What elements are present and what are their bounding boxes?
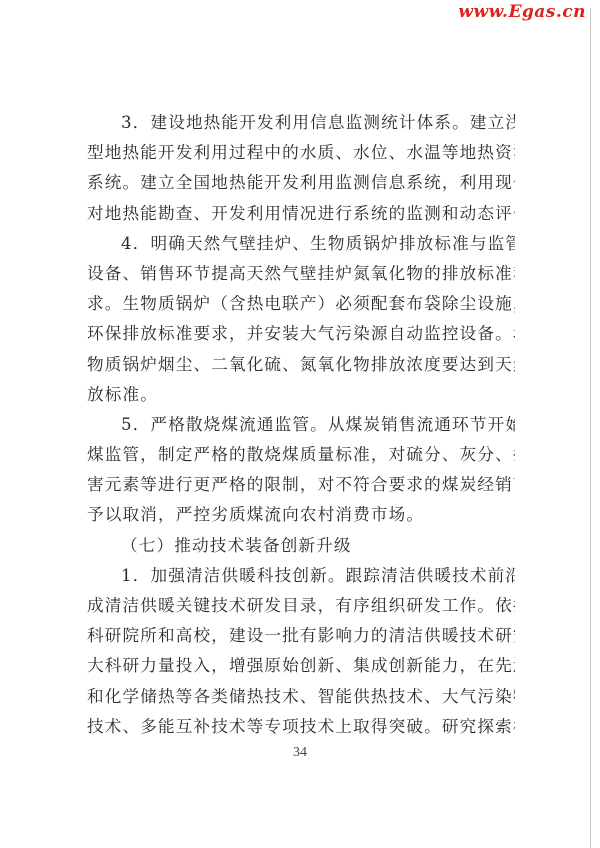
text-line: 物质锅炉烟尘、二氧化硫、氮氧化物排放浓度要达到天然气锅炉排 [87, 350, 515, 380]
text-line: 设备、销售环节提高天然气壁挂炉氮氧化物的排放标准和监管要 [87, 259, 515, 289]
text-line: 技术、多能互补技术等专项技术上取得突破。研究探索核能供热， [87, 712, 515, 742]
paragraph-3-monitoring-system: 3．建设地热能开发利用信息监测统计体系。建立浅层及水热 型地热能开发利用过程中的… [87, 108, 515, 229]
text-line: 成清洁供暖关键技术研发目录，有序组织研发工作。依托骨干企业、 [87, 591, 515, 621]
paragraph-7-1-tech-innovation: 1．加强清洁供暖科技创新。跟踪清洁供暖技术前沿发展，形 成清洁供暖关键技术研发目… [87, 561, 515, 742]
text-line: 煤监管，制定严格的散烧煤质量标准，对硫分、灰分、挥发分、有 [87, 440, 515, 470]
document-body: 3．建设地热能开发利用信息监测统计体系。建立浅层及水热 型地热能开发利用过程中的… [87, 108, 515, 742]
text-line: 和化学储热等各类储热技术、智能供热技术、大气污染物排放控制 [87, 682, 515, 712]
text-line: 5．严格散烧煤流通监管。从煤炭销售流通环节开始加强散烧 [87, 410, 515, 440]
page-number: 34 [0, 745, 600, 761]
text-line: 环保排放标准要求，并安装大气污染源自动监控设备。城市城区生 [87, 319, 515, 349]
text-line: 大科研力量投入，增强原始创新、集成创新能力，在先进相变储热 [87, 651, 515, 681]
section-heading-text: （七）推动技术装备创新升级 [87, 531, 515, 561]
text-line: 1．加强清洁供暖科技创新。跟踪清洁供暖技术前沿发展，形 [87, 561, 515, 591]
paragraph-5-coal-regulation: 5．严格散烧煤流通监管。从煤炭销售流通环节开始加强散烧 煤监管，制定严格的散烧煤… [87, 410, 515, 531]
text-line: 放标准。 [87, 380, 515, 410]
text-line: 3．建设地热能开发利用信息监测统计体系。建立浅层及水热 [87, 108, 515, 138]
text-line: 求。生物质锅炉（含热电联产）必须配套布袋除尘设施，达到相应 [87, 289, 515, 319]
text-line: 科研院所和高校，建设一批有影响力的清洁供暖技术研究基地。加 [87, 621, 515, 651]
scan-edge-divider [590, 8, 591, 848]
text-line: 予以取消，严控劣质煤流向农村消费市场。 [87, 500, 515, 530]
text-line: 系统。建立全国地热能开发利用监测信息系统，利用现代信息技术， [87, 168, 515, 198]
text-line: 害元素等进行更严格的限制，对不符合要求的煤炭经销商业务资质 [87, 470, 515, 500]
section-heading-7: （七）推动技术装备创新升级 [87, 531, 515, 561]
paragraph-4-emission-standards: 4．明确天然气壁挂炉、生物质锅炉排放标准与监管要求。从 设备、销售环节提高天然气… [87, 229, 515, 410]
text-line: 型地热能开发利用过程中的水质、水位、水温等地热资源信息监测 [87, 138, 515, 168]
watermark-logo: www.Egas.cn [458, 2, 586, 22]
text-line: 4．明确天然气壁挂炉、生物质锅炉排放标准与监管要求。从 [87, 229, 515, 259]
text-line: 对地热能勘查、开发利用情况进行系统的监测和动态评价。 [87, 199, 515, 229]
